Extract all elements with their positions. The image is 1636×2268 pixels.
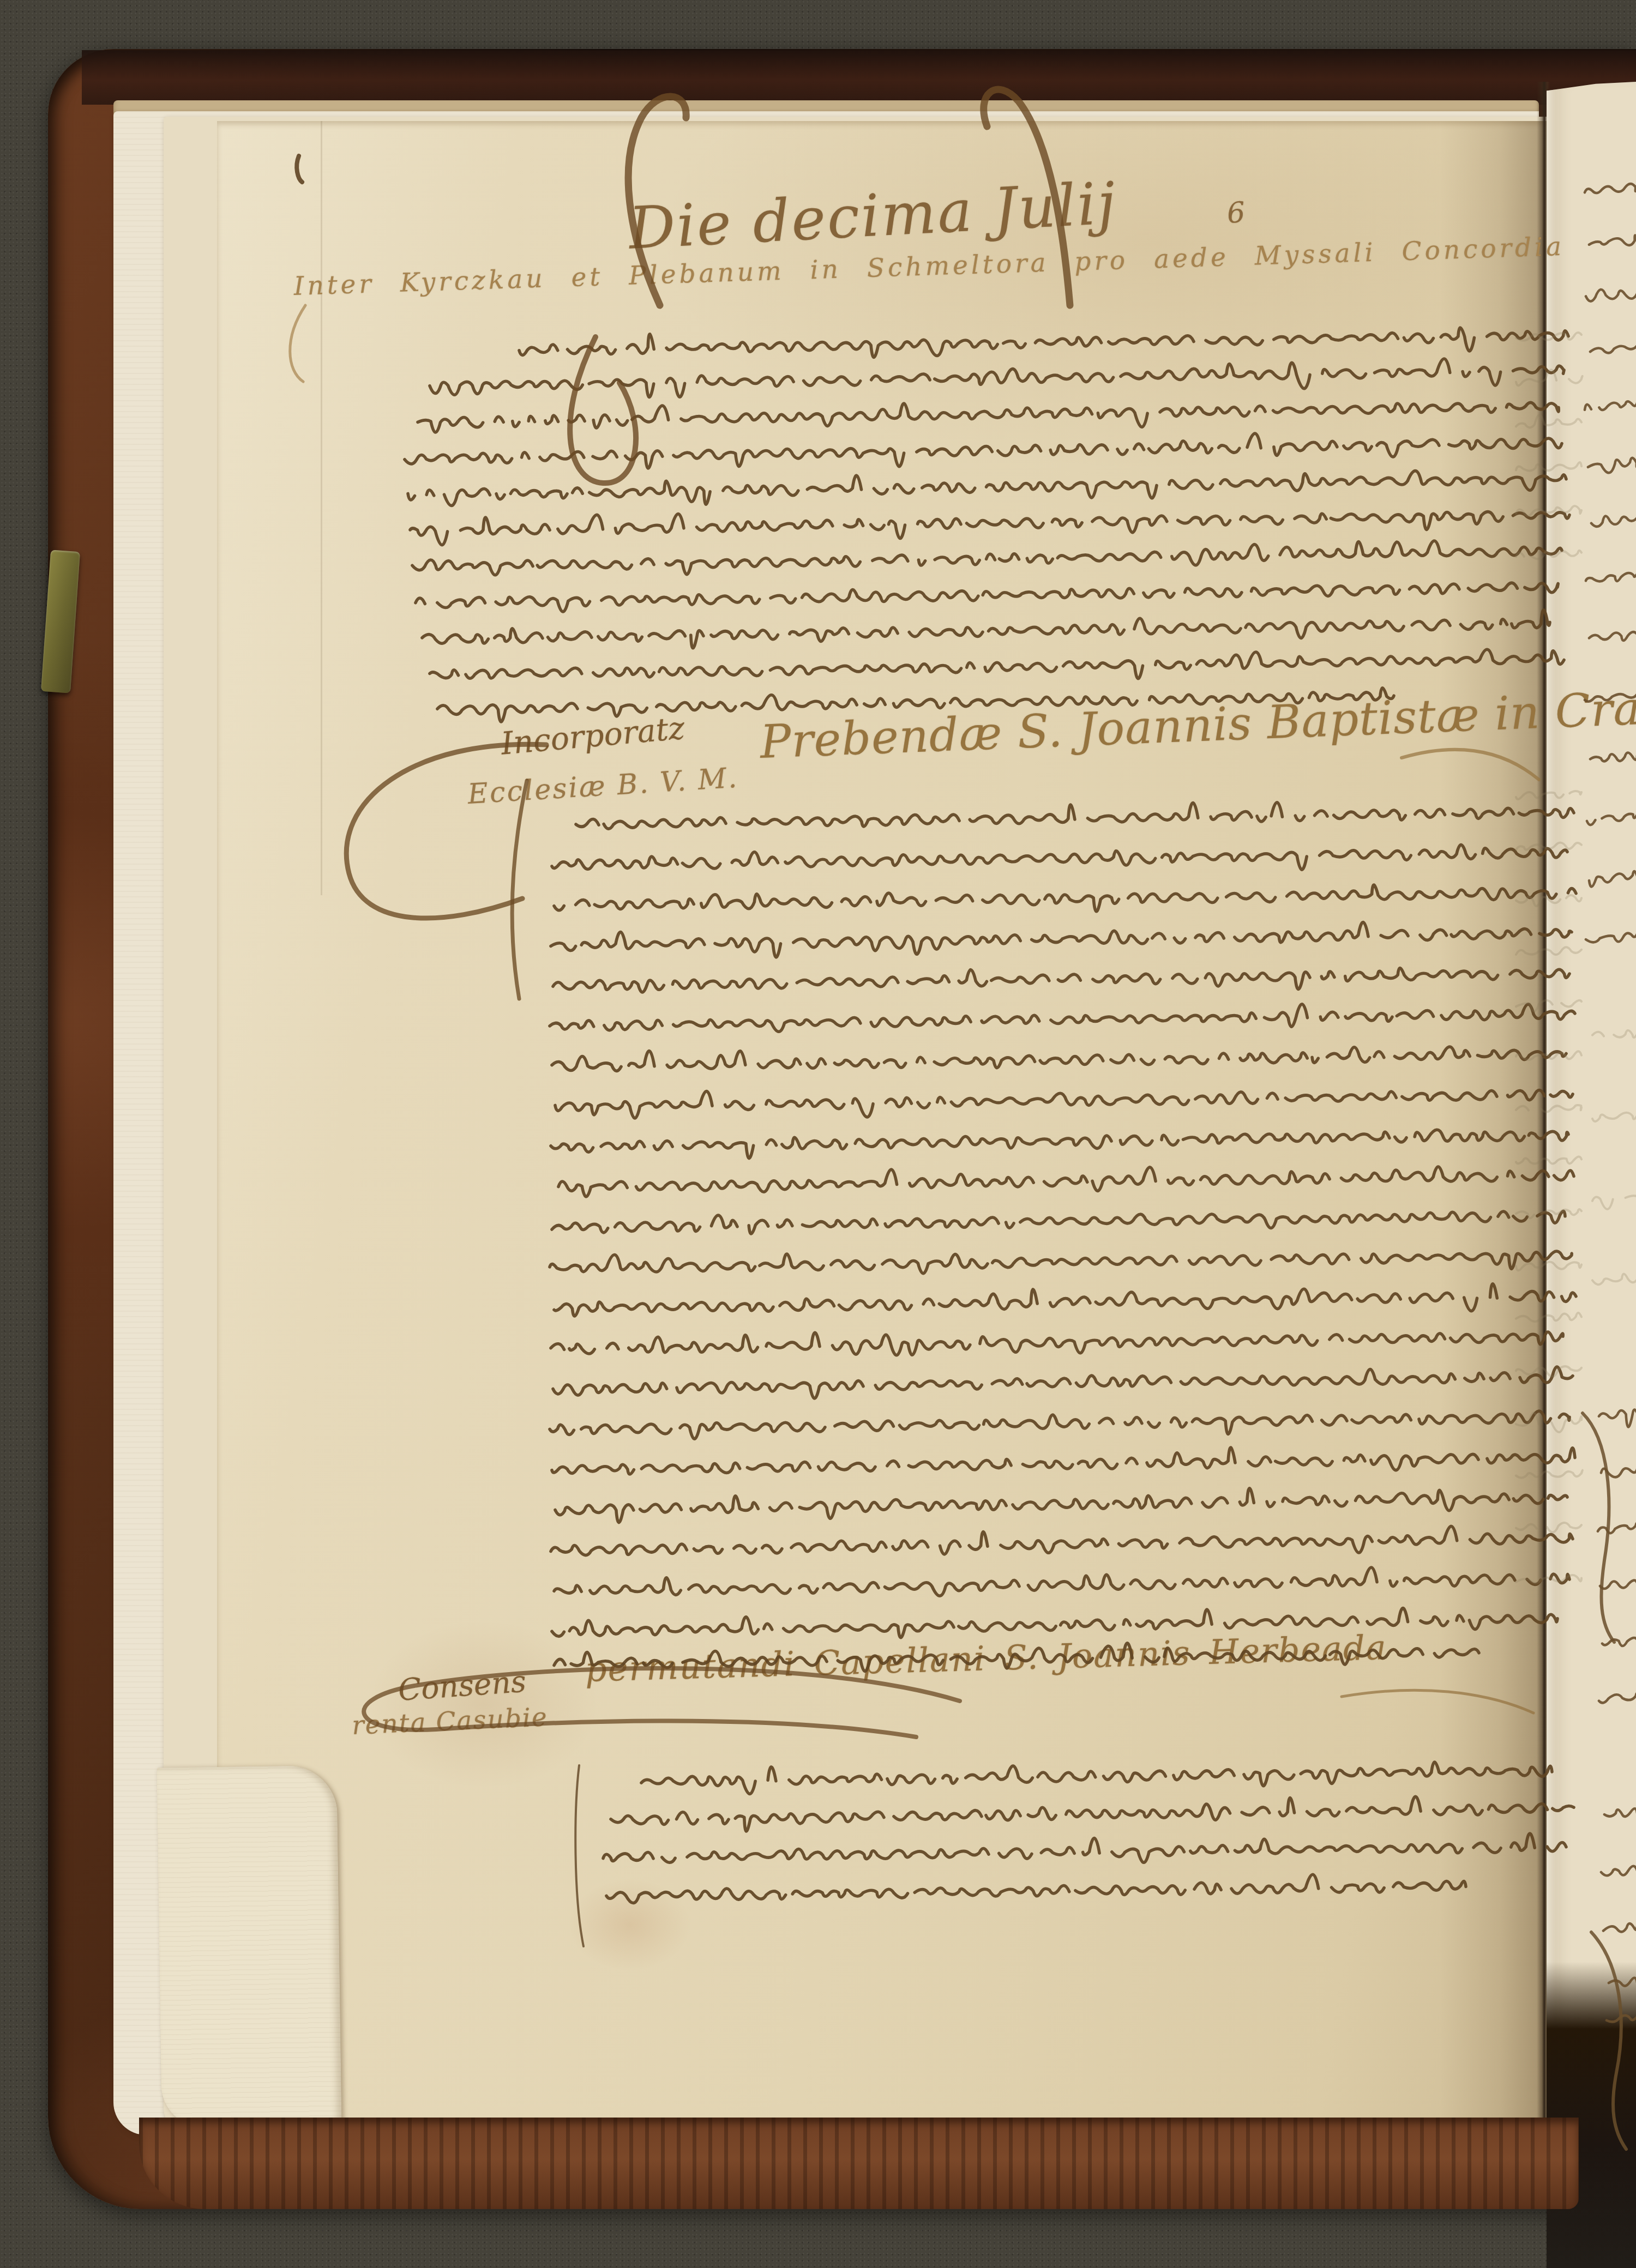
- photo-stage: Inter Kyrczkau et Plebanum in Schmeltora…: [0, 0, 1636, 2268]
- leather-cover-bottom-tooled: [139, 2118, 1579, 2209]
- page-fold-crease: [321, 121, 322, 895]
- manuscript-left-page: [217, 121, 1549, 2125]
- entry1-side-mark: 6: [1226, 196, 1246, 230]
- gutter-bottom-shadow: [1547, 1962, 1636, 2268]
- leather-cover-top-edge: [82, 50, 1636, 105]
- gutter-shading: [1440, 121, 1549, 2125]
- page-corner-flap: [157, 1765, 341, 2129]
- facing-page-edge: [1547, 82, 1636, 2073]
